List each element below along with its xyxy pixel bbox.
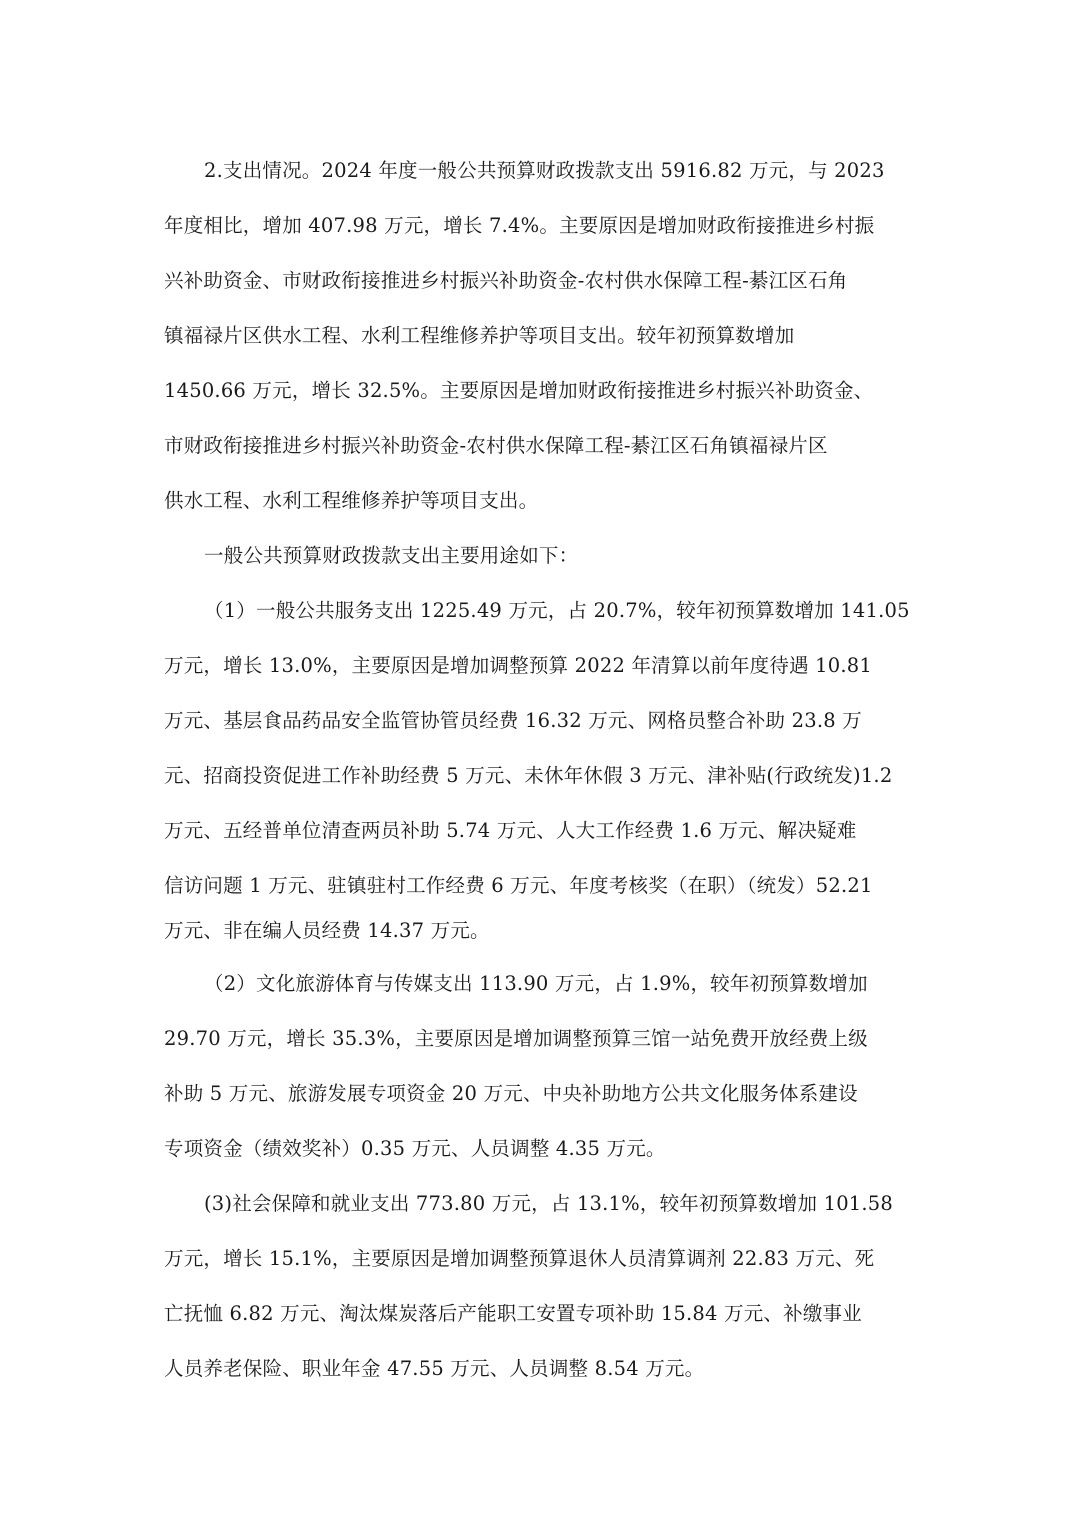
text-line: 2.支出情况。2024 年度一般公共预算财政拨款支出 5916.82 万元，与 … <box>204 158 954 184</box>
text-line: 万元，增长 15.1%，主要原因是增加调整预算退休人员清算调剂 22.83 万元… <box>164 1246 914 1272</box>
text-line: 元、招商投资促进工作补助经费 5 万元、未休年休假 3 万元、津补贴(行政统发)… <box>164 763 914 789</box>
text-line: 市财政衔接推进乡村振兴补助资金-农村供水保障工程-綦江区石角镇福禄片区 <box>164 433 914 459</box>
text-line: 万元、五经普单位清查两员补助 5.74 万元、人大工作经费 1.6 万元、解决疑… <box>164 818 914 844</box>
text-line: 1450.66 万元，增长 32.5%。主要原因是增加财政衔接推进乡村振兴补助资… <box>164 378 914 404</box>
text-line: （1）一般公共服务支出 1225.49 万元，占 20.7%，较年初预算数增加 … <box>204 598 954 624</box>
document-page: 2.支出情况。2024 年度一般公共预算财政拨款支出 5916.82 万元，与 … <box>0 0 1074 1520</box>
text-line: 万元、非在编人员经费 14.37 万元。 <box>164 918 914 944</box>
text-line: 镇福禄片区供水工程、水利工程维修养护等项目支出。较年初预算数增加 <box>164 323 914 349</box>
text-line: （2）文化旅游体育与传媒支出 113.90 万元，占 1.9%，较年初预算数增加 <box>204 971 954 997</box>
text-line: 29.70 万元，增长 35.3%，主要原因是增加调整预算三馆一站免费开放经费上… <box>164 1026 914 1052</box>
text-line: 年度相比，增加 407.98 万元，增长 7.4%。主要原因是增加财政衔接推进乡… <box>164 213 914 239</box>
text-line: (3)社会保障和就业支出 773.80 万元，占 13.1%，较年初预算数增加 … <box>204 1191 954 1217</box>
text-line: 亡抚恤 6.82 万元、淘汰煤炭落后产能职工安置专项补助 15.84 万元、补缴… <box>164 1301 914 1327</box>
text-line: 万元，增长 13.0%，主要原因是增加调整预算 2022 年清算以前年度待遇 1… <box>164 653 914 679</box>
text-line: 供水工程、水利工程维修养护等项目支出。 <box>164 488 914 514</box>
text-line: 信访问题 1 万元、驻镇驻村工作经费 6 万元、年度考核奖（在职）（统发）52.… <box>164 873 914 899</box>
text-line: 万元、基层食品药品安全监管协管员经费 16.32 万元、网格员整合补助 23.8… <box>164 708 914 734</box>
text-line: 人员养老保险、职业年金 47.55 万元、人员调整 8.54 万元。 <box>164 1356 914 1382</box>
text-line: 专项资金（绩效奖补）0.35 万元、人员调整 4.35 万元。 <box>164 1136 914 1162</box>
text-line: 补助 5 万元、旅游发展专项资金 20 万元、中央补助地方公共文化服务体系建设 <box>164 1081 914 1107</box>
text-line: 一般公共预算财政拨款支出主要用途如下： <box>204 543 954 569</box>
text-line: 兴补助资金、市财政衔接推进乡村振兴补助资金-农村供水保障工程-綦江区石角 <box>164 268 914 294</box>
